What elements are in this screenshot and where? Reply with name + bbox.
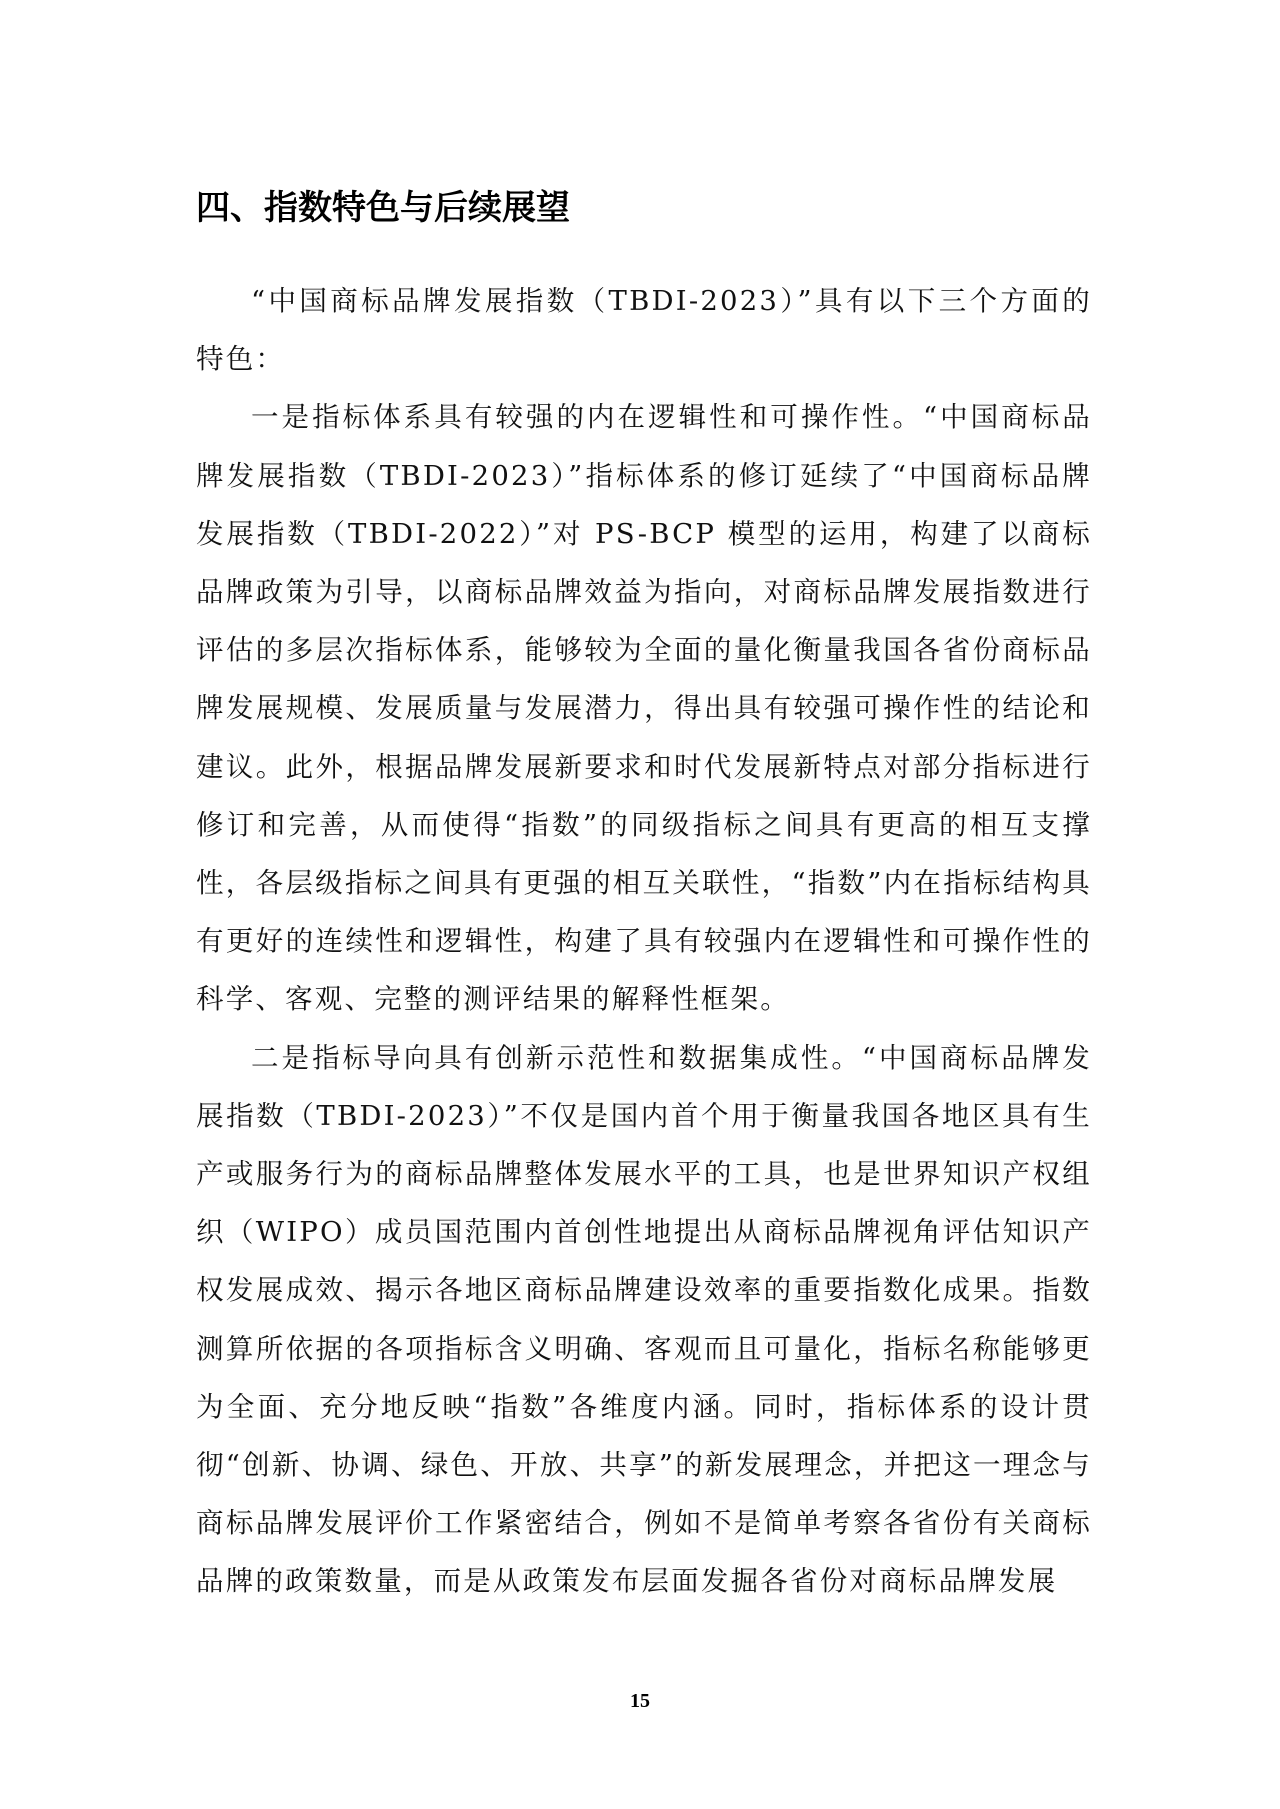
document-page: 四、指数特色与后续展望 “中国商标品牌发展指数（TBDI-2023）”具有以下三… (0, 0, 1280, 1809)
body-text: “中国商标品牌发展指数（TBDI-2023）”具有以下三个方面的特色： 一是指标… (196, 272, 1092, 1611)
section-heading: 四、指数特色与后续展望 (196, 180, 570, 229)
paragraph-intro: “中国商标品牌发展指数（TBDI-2023）”具有以下三个方面的特色： (196, 272, 1092, 388)
page-number: 15 (0, 1690, 1280, 1713)
paragraph-feature-one: 一是指标体系具有较强的内在逻辑性和可操作性。“中国商标品牌发展指数（TBDI-2… (196, 388, 1092, 1028)
paragraph-feature-two: 二是指标导向具有创新示范性和数据集成性。“中国商标品牌发展指数（TBDI-202… (196, 1029, 1092, 1611)
